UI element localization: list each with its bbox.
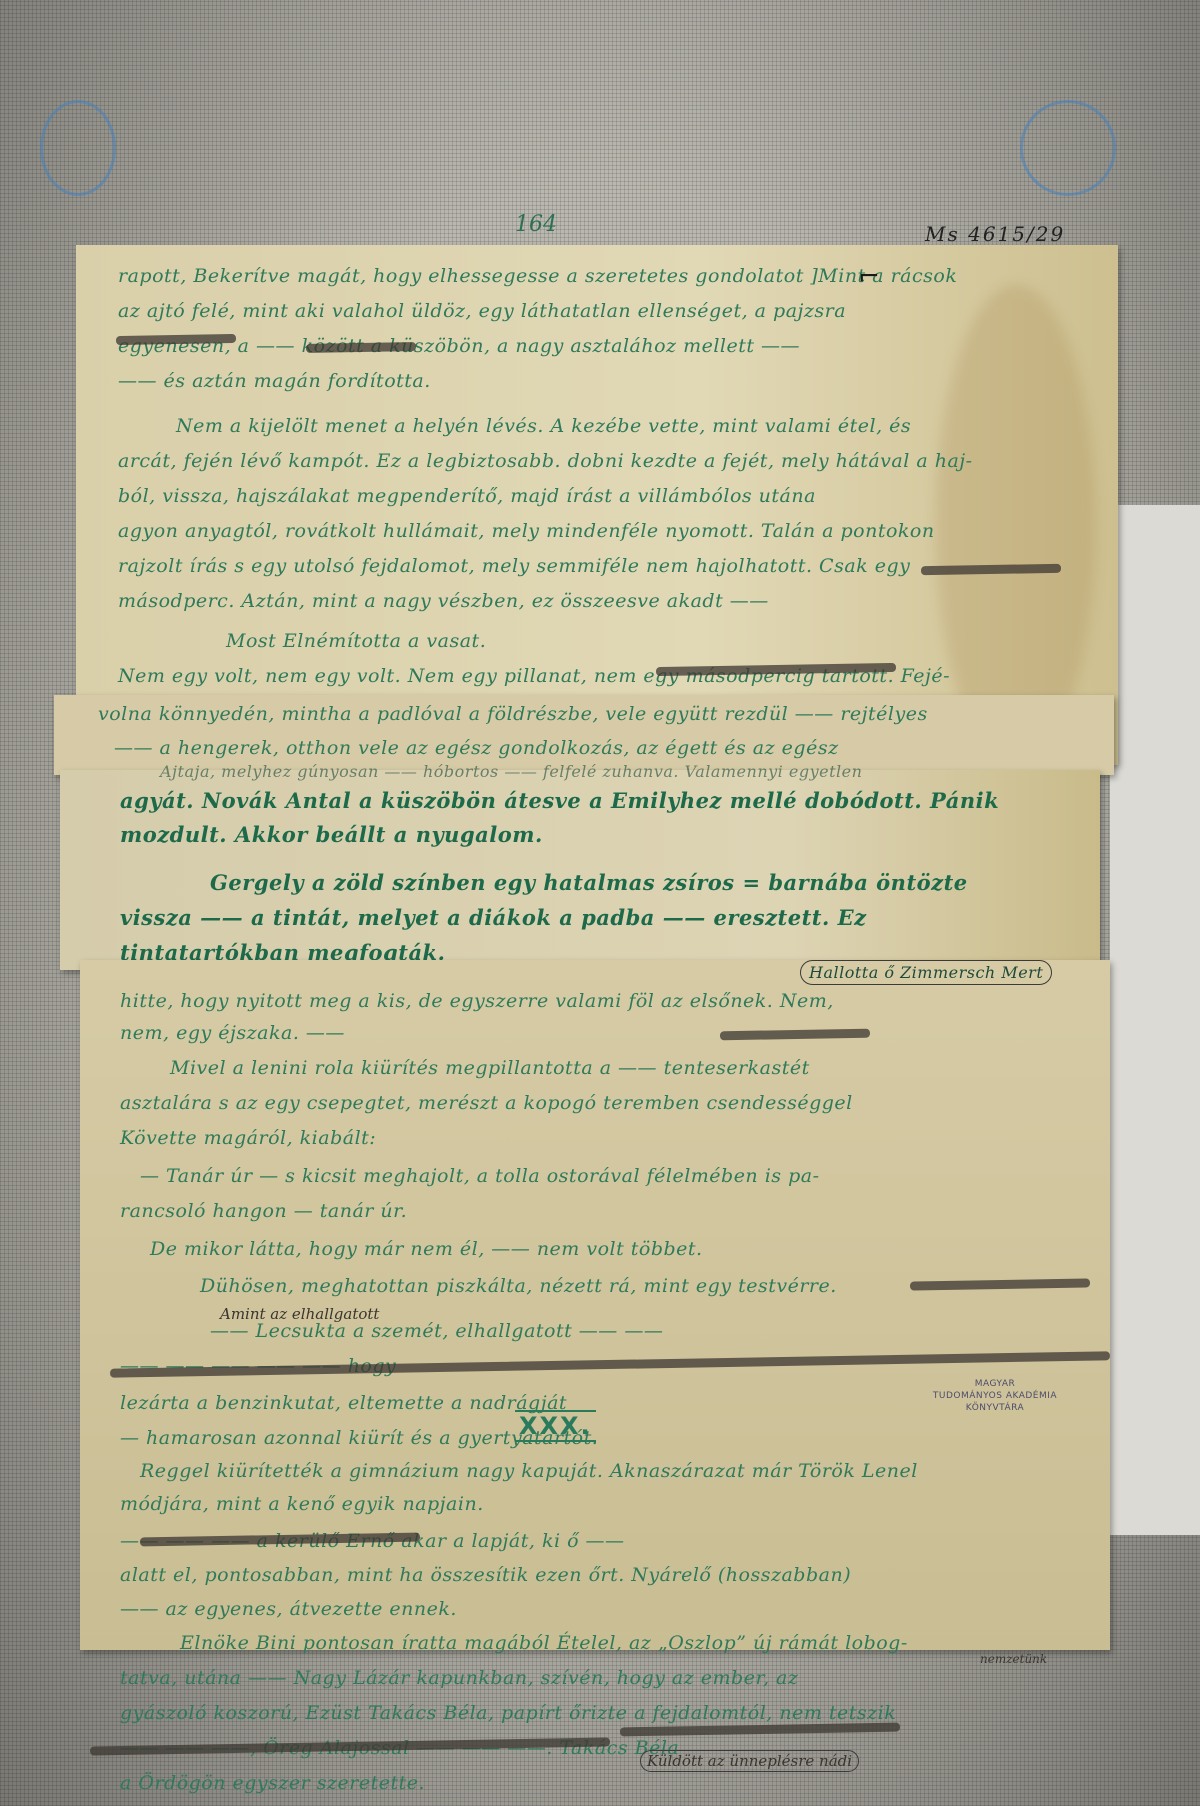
strikethrough xyxy=(720,1029,870,1041)
text-line: módjára, mint a kenő egyik napjain. xyxy=(120,1493,484,1515)
strikethrough xyxy=(306,342,416,353)
text-line: Reggel kiürítették a gimnázium nagy kapu… xyxy=(140,1460,918,1482)
white-backing-card xyxy=(1110,505,1200,1535)
library-stamp: MAGYAR TUDOMÁNYOS AKADÉMIA KÖNYVTÁRA xyxy=(920,1378,1070,1414)
text-line: hitte, hogy nyitott meg a kis, de egysze… xyxy=(120,990,834,1012)
text-line: De mikor látta, hogy már nem él, —— nem … xyxy=(150,1238,703,1260)
text-line: —— és aztán magán fordította. xyxy=(118,370,431,392)
text-line: —— Lecsukta a szemét, elhallgatott —— —— xyxy=(210,1320,663,1342)
stamp-line: TUDOMÁNYOS AKADÉMIA xyxy=(920,1390,1070,1402)
text-line: a Ördögön egyszer szeretette. xyxy=(120,1772,425,1794)
section-separator: XXX. xyxy=(515,1410,596,1442)
text-line: Most Elnémította a vasat. xyxy=(226,630,486,652)
text-line: volna könnyedén, mintha a padlóval a föl… xyxy=(98,703,928,725)
text-line: —— a hengerek, otthon vele az egész gond… xyxy=(114,737,839,759)
text-line: — Tanár úr — s kicsit meghajolt, a tolla… xyxy=(140,1165,820,1187)
insert-bracket-mark: ⌐ xyxy=(858,262,880,292)
text-line: mozdult. Akkor beállt a nyugalom. xyxy=(120,822,543,847)
text-line: alatt el, pontosabban, mint ha összesíti… xyxy=(120,1564,851,1586)
closing-passage: Reggel kiürítették a gimnázium nagy kapu… xyxy=(80,1460,1110,1760)
text-line: —— az egyenes, átvezette ennek. xyxy=(120,1598,457,1620)
text-line: lezárta a benzinkutat, eltemette a nadrá… xyxy=(120,1392,567,1414)
text-line: Ajtaja, melyhez gúnyosan —— hóbortos —— … xyxy=(160,762,862,781)
text-line: rapott, Bekerítve magát, hogy elhesseges… xyxy=(118,265,957,287)
text-line: vissza —— a tintát, melyet a diákok a pa… xyxy=(120,905,867,930)
text-line: arcát, fején lévő kampót. Ez a legbiztos… xyxy=(118,450,973,472)
pencil-annotation: Küldött az ünneplésre nádi xyxy=(640,1750,859,1772)
text-line: Gergely a zöld színben egy hatalmas zsír… xyxy=(210,870,968,895)
text-line: nem, egy éjszaka. —— xyxy=(120,1022,345,1044)
text-line: Követte magáról, kiabált: xyxy=(120,1127,376,1149)
archive-number: Ms 4615/29 xyxy=(925,222,1065,246)
margin-note: Hallotta ő Zimmersch Mert xyxy=(800,960,1052,985)
text-line: rancsoló hangon — tanár úr. xyxy=(120,1200,407,1222)
text-line: Mivel a lenini rola kiürítés megpillanto… xyxy=(170,1057,810,1079)
strikethrough xyxy=(910,1278,1090,1290)
stamp-line: MAGYAR xyxy=(920,1378,1070,1390)
margin-note: nemzetünk xyxy=(980,1652,1047,1666)
blue-crayon-mark-left xyxy=(40,100,116,196)
text-line: tatva, utána —— Nagy Lázár kapunkban, sz… xyxy=(120,1667,798,1689)
text-line: másodperc. Aztán, mint a nagy vészben, e… xyxy=(118,590,769,612)
text-line: agyát. Novák Antal a küszöbön átesve a E… xyxy=(120,788,999,813)
text-line: az ajtó felé, mint aki valahol üldöz, eg… xyxy=(118,300,846,322)
text-line: agyon anyagtól, rovátkolt hullámait, mel… xyxy=(118,520,935,542)
text-line: rajzolt írás s egy utolsó fejdalomot, me… xyxy=(118,555,910,577)
text-line: Dühösen, meghatottan piszkálta, nézett r… xyxy=(200,1275,837,1297)
stamp-line: KÖNYVTÁRA xyxy=(920,1402,1070,1414)
text-line: ból, vissza, hajszálakat megpenderítő, m… xyxy=(118,485,816,507)
text-line: asztalára s az egy csepegtet, merészt a … xyxy=(120,1092,853,1114)
page-number: 164 xyxy=(515,212,557,237)
text-line: gyászoló koszorú, Ezüst Takács Béla, pap… xyxy=(120,1702,896,1724)
manuscript-top-sheet: rapott, Bekerítve magát, hogy elhesseges… xyxy=(76,245,1118,765)
strikethrough xyxy=(620,1723,900,1737)
text-line: Nem a kijelölt menet a helyén lévés. A k… xyxy=(176,415,911,437)
text-line: Elnöke Bini pontosan íratta magából Étel… xyxy=(180,1632,908,1654)
manuscript-middle-strip: Ajtaja, melyhez gúnyosan —— hóbortos —— … xyxy=(60,770,1100,970)
blue-crayon-mark-right xyxy=(1020,100,1116,196)
